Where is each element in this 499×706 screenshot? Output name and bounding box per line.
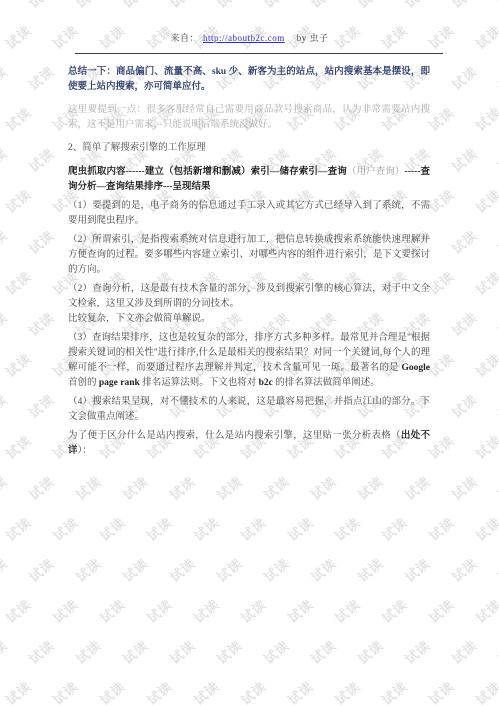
section-heading: 2、简单了解搜索引擎的工作原理	[68, 141, 430, 156]
header-source-link[interactable]: http://aboutb2c.com	[203, 33, 285, 43]
paragraph-flow: 爬虫抓取内容------建立（包括新增和删减）索引—储存索引—查询（用户查询）-…	[68, 165, 430, 195]
paragraph-summary: 总结一下：商品偏门、流量不高、sku 少、新客为主的站点，站内搜索基本是摆设，即…	[68, 65, 430, 95]
paragraph-closing: 为了便于区分什么是站内搜索，什么是站内搜索引擎，这里贴一张分析表格（出处不详）：	[68, 429, 430, 459]
paragraph-item1: （1）要提到的是，电子商务的信息通过手工录入或其它方式已经导入到了系统，不需要用…	[68, 199, 430, 229]
item3-segment-3: 排名运算法则。下文也将对	[140, 378, 259, 388]
header-author: by 虫子	[297, 33, 329, 43]
item3-segment-1: （3）查询结果排序，这也是较复杂的部分，排序方式多种多样。最常见并合理是"根据搜…	[68, 333, 430, 373]
item2-query-line1: （2）查询分析，这是最有技术含量的部分、涉及到搜索引擎的核心算法，对于中文全文检…	[68, 282, 430, 312]
page-header: 来自：http://aboutb2c.comby 虫子	[0, 0, 499, 44]
flow-segment-bold-1: 爬虫抓取内容------建立（包括新增和删减）索引—储存索引—查询	[68, 167, 347, 177]
item3-google-term: Google	[402, 363, 431, 373]
item3-segment-4: 的排名算法做简单阐述。	[273, 378, 380, 388]
paragraph-item2-index: （2）所谓索引，是指搜索系统对信息进行加工，把信息转换成搜索系统能快速理解并方便…	[68, 233, 430, 278]
item3-b2c-term: b2c	[259, 378, 273, 388]
closing-segment-2: ）：	[78, 446, 92, 456]
closing-segment-1: 为了便于区分什么是站内搜索，什么是站内搜索引擎，这里贴一张分析表格（	[68, 431, 401, 441]
header-divider	[75, 53, 443, 54]
paragraph-item3: （3）查询结果排序，这也是较复杂的部分，排序方式多种多样。最常见并合理是"根据搜…	[68, 331, 430, 391]
document-page: 试读试读试读试读试读试读试读试读试读试读试读试读试读试读试读试读试读试读试读试读…	[0, 0, 499, 706]
paragraph-item4: （4）搜索结果呈现，对不懂技术的人来说，这是最容易把握，并指点江山的部分。下文会…	[68, 395, 430, 425]
paragraph-note: 这里要提到一点：很多客服经常自己需要用商品款号搜索商品，认为非常需要站内搜索，这…	[68, 103, 430, 133]
flow-segment-gray: （用户查询）	[347, 167, 405, 177]
paragraph-item2-query: （2）查询分析，这是最有技术含量的部分、涉及到搜索引擎的核心算法，对于中文全文检…	[68, 282, 430, 327]
header-source-label: 来自：	[170, 33, 199, 43]
item3-segment-2: 首创的	[68, 378, 99, 388]
article-content: 总结一下：商品偏门、流量不高、sku 少、新客为主的站点，站内搜索基本是摆设，即…	[68, 65, 430, 459]
item3-pagerank-term: page rank	[99, 378, 140, 388]
document-body: 来自：http://aboutb2c.comby 虫子 总结一下：商品偏门、流量…	[0, 0, 499, 706]
item2-query-line2: 比较复杂，下文亦会做简单解说。	[68, 312, 430, 327]
